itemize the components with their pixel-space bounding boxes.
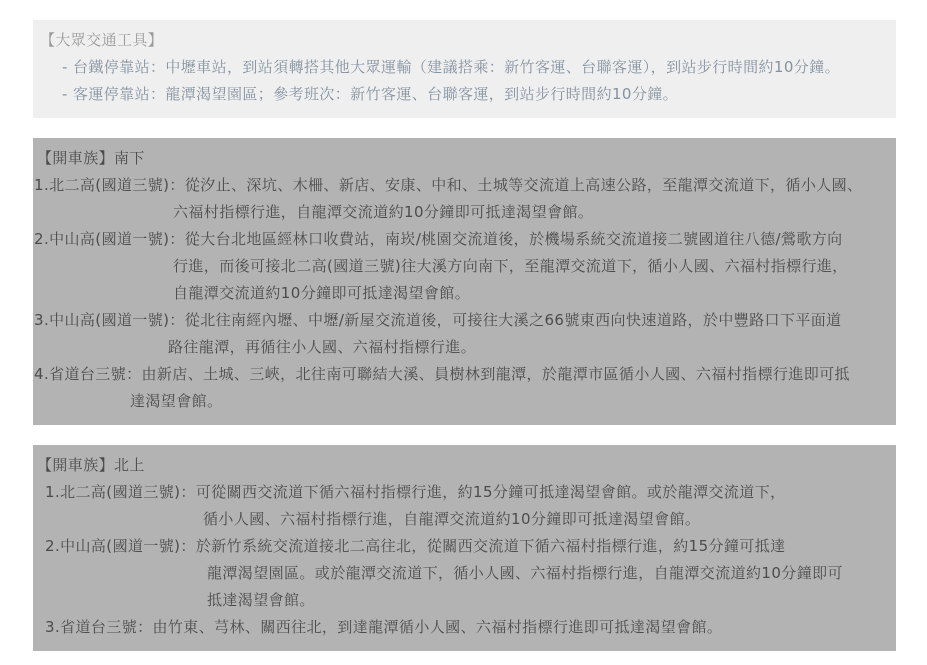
route-item-line: 1.北二高(國道三號)：從汐止、深坑、木柵、新店、安康、中和、土城等交流道上高速… xyxy=(33,172,896,199)
route-cont-line: 自龍潭交流道約10分鐘即可抵達渴望會館。 xyxy=(33,280,896,307)
route-item-line: 2.中山高(國道一號)：於新竹系統交流道接北二高往北，從關西交流道下循六福村指標… xyxy=(33,533,896,560)
route-item-line: 4.省道台三號：由新店、土城、三峽，北往南可聯結大溪、員樹林到龍潭，於龍潭市區循… xyxy=(33,361,896,388)
public-transit-section: 【大眾交通工具】 - 台鐵停靠站：中壢車站，到站須轉搭其他大眾運輸（建議搭乘：新… xyxy=(33,20,896,118)
drive-north-section: 【開車族】北上 1.北二高(國道三號)：可從關西交流道下循六福村指標行進，約15… xyxy=(33,445,896,651)
drive-south-heading: 【開車族】南下 xyxy=(33,145,896,172)
route-cont-line: 抵達渴望會館。 xyxy=(33,587,896,614)
bus-stop-line: - 客運停靠站：龍潭渴望園區；參考班次：新竹客運、台聯客運，到站步行時間約10分… xyxy=(33,81,896,108)
route-cont-line: 路往龍潭，再循往小人國、六福村指標行進。 xyxy=(33,334,896,361)
route-cont-line: 行進，而後可接北二高(國道三號)往大溪方向南下，至龍潭交流道下，循小人國、六福村… xyxy=(33,253,896,280)
route-item-line: 1.北二高(國道三號)：可從關西交流道下循六福村指標行進，約15分鐘可抵達渴望會… xyxy=(33,479,896,506)
route-cont-line: 龍潭渴望園區。或於龍潭交流道下，循小人國、六福村指標行進，自龍潭交流道約10分鐘… xyxy=(33,560,896,587)
route-cont-line: 六福村指標行進，自龍潭交流道約10分鐘即可抵達渴望會館。 xyxy=(33,199,896,226)
drive-north-heading: 【開車族】北上 xyxy=(33,452,896,479)
train-stop-line: - 台鐵停靠站：中壢車站，到站須轉搭其他大眾運輸（建議搭乘：新竹客運、台聯客運）… xyxy=(33,54,896,81)
route-item-line: 3.省道台三號：由竹東、芎林、關西往北，到達龍潭循小人國、六福村指標行進即可抵達… xyxy=(33,614,896,641)
route-cont-line: 循小人國、六福村指標行進，自龍潭交流道約10分鐘即可抵達渴望會館。 xyxy=(33,506,896,533)
drive-south-section: 【開車族】南下 1.北二高(國道三號)：從汐止、深坑、木柵、新店、安康、中和、土… xyxy=(33,138,896,425)
route-cont-line: 達渴望會館。 xyxy=(33,388,896,415)
public-transit-heading: 【大眾交通工具】 xyxy=(33,27,896,54)
route-item-line: 2.中山高(國道一號)：從大台北地區經林口收費站，南崁/桃園交流道後，於機場系統… xyxy=(33,226,896,253)
route-item-line: 3.中山高(國道一號)：從北往南經內壢、中壢/新屋交流道後，可接往大溪之66號東… xyxy=(33,307,896,334)
